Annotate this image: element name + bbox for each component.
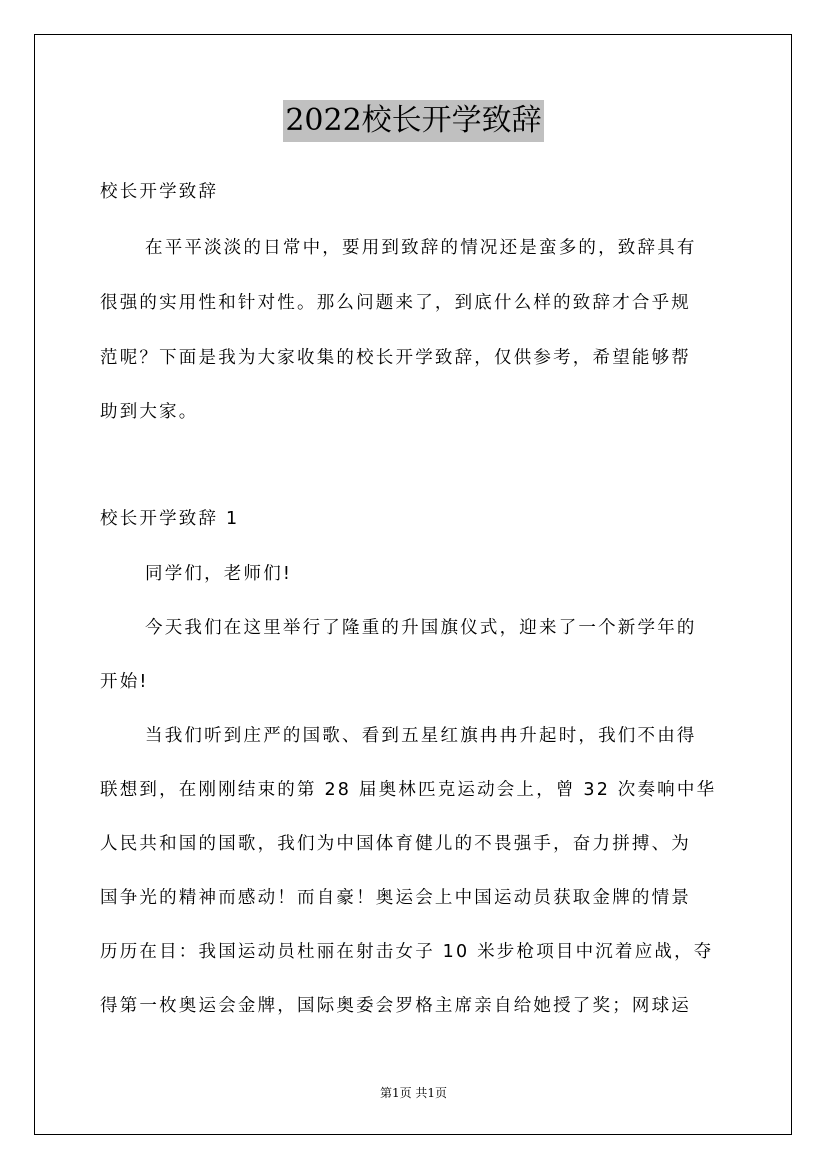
paragraph-line: 今天我们在这里举行了隆重的升国旗仪式，迎来了一个新学年的	[145, 617, 697, 639]
section-heading: 校长开学致辞	[100, 181, 218, 203]
section-heading-1: 校长开学致辞 1	[100, 508, 239, 530]
paragraph-line: 开始!	[100, 671, 149, 693]
page-footer: 第1页 共1页	[0, 1084, 827, 1101]
paragraph-line: 在平平淡淡的日常中，要用到致辞的情况还是蛮多的，致辞具有	[145, 237, 697, 259]
paragraph-line: 国争光的精神而感动！而自豪！奥运会上中国运动员获取金牌的情景	[100, 887, 691, 909]
paragraph-line: 同学们，老师们!	[145, 563, 292, 585]
document-title: 2022校长开学致辞	[283, 100, 543, 142]
paragraph-line: 范呢？下面是我为大家收集的校长开学致辞，仅供参考，希望能够帮	[100, 347, 691, 369]
paragraph-line: 历历在目：我国运动员杜丽在射击女子 10 米步枪项目中沉着应战，夺	[100, 941, 714, 963]
paragraph-line: 联想到，在刚刚结束的第 28 届奥林匹克运动会上，曾 32 次奏响中华	[100, 779, 716, 801]
paragraph-line: 助到大家。	[100, 401, 199, 423]
paragraph-line: 人民共和国的国歌，我们为中国体育健儿的不畏强手，奋力拼搏、为	[100, 833, 691, 855]
title-container: 2022校长开学致辞	[0, 100, 827, 142]
paragraph-line: 很强的实用性和针对性。那么问题来了，到底什么样的致辞才合乎规	[100, 292, 691, 314]
paragraph-line: 当我们听到庄严的国歌、看到五星红旗冉冉升起时，我们不由得	[145, 725, 697, 747]
paragraph-line: 得第一枚奥运会金牌，国际奥委会罗格主席亲自给她授了奖；网球运	[100, 995, 691, 1017]
